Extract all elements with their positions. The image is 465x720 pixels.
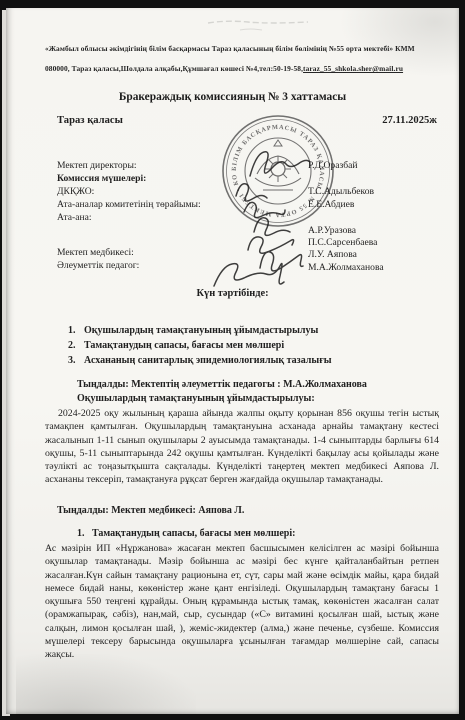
org-address-text: 080000, Тараз қаласы,Шолдала алқабы,Құмш… — [45, 64, 303, 73]
agenda-item-number: 3. — [68, 355, 84, 366]
org-address: 080000, Тараз қаласы,Шолдала алқабы,Құмш… — [45, 64, 443, 73]
official-name: Л.У. Аяпова — [308, 249, 357, 260]
agenda-item: 1.Оқушылардың тамақтануының ұйымдастырыл… — [68, 325, 318, 336]
official-label: Ата-ана: — [57, 212, 92, 223]
agenda-item: 3.Асхананың санитарлық эпидемиологиялық … — [68, 355, 332, 366]
official-name: Т.С.Адыльбеков — [308, 186, 374, 197]
agenda-item-number: 1. — [68, 325, 84, 336]
section2-body: Ас мәзірін ИП «Нұржанова» жасаған мектеп… — [45, 542, 439, 661]
signature-scribble — [248, 237, 294, 253]
section1-subtitle: Оқушылардың тамақтануының ұйымдастырылуы… — [77, 393, 315, 404]
agenda-item: 2.Тамақтанудың сапасы, бағасы мен мөлшер… — [68, 340, 284, 351]
official-label: Мектеп медбикесі: — [57, 247, 134, 258]
section2-subtitle-text: Тамақтанудың сапасы, бағасы мен мөлшері: — [92, 528, 295, 539]
org-email: taraz_55_shkola.sher@mail.ru — [303, 64, 403, 73]
city-label: Тараз қаласы — [57, 115, 123, 126]
signature-scribble — [244, 202, 285, 217]
official-name: А.Р.Уразова — [308, 225, 356, 236]
official-label: Әлеуметтік педагог: — [57, 260, 139, 271]
section2-heard-heading: Тыңдалды: Мектеп медбикесі: Аяпова Л. — [57, 505, 244, 516]
org-name: «Жамбыл облысы әкімдігінің білім басқарм… — [45, 44, 443, 53]
official-name: Р.Д.Оразбай — [308, 160, 358, 171]
agenda-heading: Күн тәртібінде: — [6, 288, 459, 299]
signature-scribble — [214, 264, 284, 286]
official-label: Комиссия мүшелері: — [57, 173, 146, 184]
official-label: ДКҚЖО: — [57, 186, 94, 197]
agenda-item-number: 2. — [68, 340, 84, 351]
scan-frame: «Жамбыл облысы әкімдігінің білім басқарм… — [0, 0, 465, 720]
section1-body: 2024-2025 оқу жылының қараша айында жалп… — [45, 407, 439, 487]
signature-scribble — [236, 184, 267, 201]
section2-subtitle: 1.Тамақтанудың сапасы, бағасы мен мөлшер… — [77, 528, 295, 539]
agenda-item-text: Тамақтанудың сапасы, бағасы мен мөлшері — [84, 340, 284, 351]
scan-shading — [16, 654, 196, 714]
official-name: М.А.Жолмаханова — [308, 262, 384, 273]
official-label: Ата-аналар комитетінің төрайымы: — [57, 199, 201, 210]
official-label: Мектеп директоры: — [57, 160, 137, 171]
document-page: «Жамбыл облысы әкімдігінің білім басқарм… — [6, 8, 459, 714]
org-header: «Жамбыл облысы әкімдігінің білім басқарм… — [45, 44, 443, 73]
signature-scribble — [254, 218, 290, 236]
official-name: П.С.Сарсенбаева — [308, 237, 377, 248]
section2-item-number: 1. — [77, 528, 92, 539]
section1-heard-heading: Тыңдалды: Мектептің әлеуметтік педагогы … — [77, 379, 367, 390]
date-label: 27.11.2025ж — [382, 115, 437, 126]
document-title: Бракераждық комиссияның № 3 хаттамасы — [6, 91, 459, 103]
faint-pencil-mark — [202, 18, 318, 34]
agenda-item-text: Асхананың санитарлық эпидемиологиялық та… — [84, 355, 332, 366]
official-name: Е.Е.Абдиев — [308, 199, 354, 210]
agenda-item-text: Оқушылардың тамақтануының ұйымдастырылуы — [84, 325, 318, 336]
signature-scribble — [250, 152, 310, 176]
